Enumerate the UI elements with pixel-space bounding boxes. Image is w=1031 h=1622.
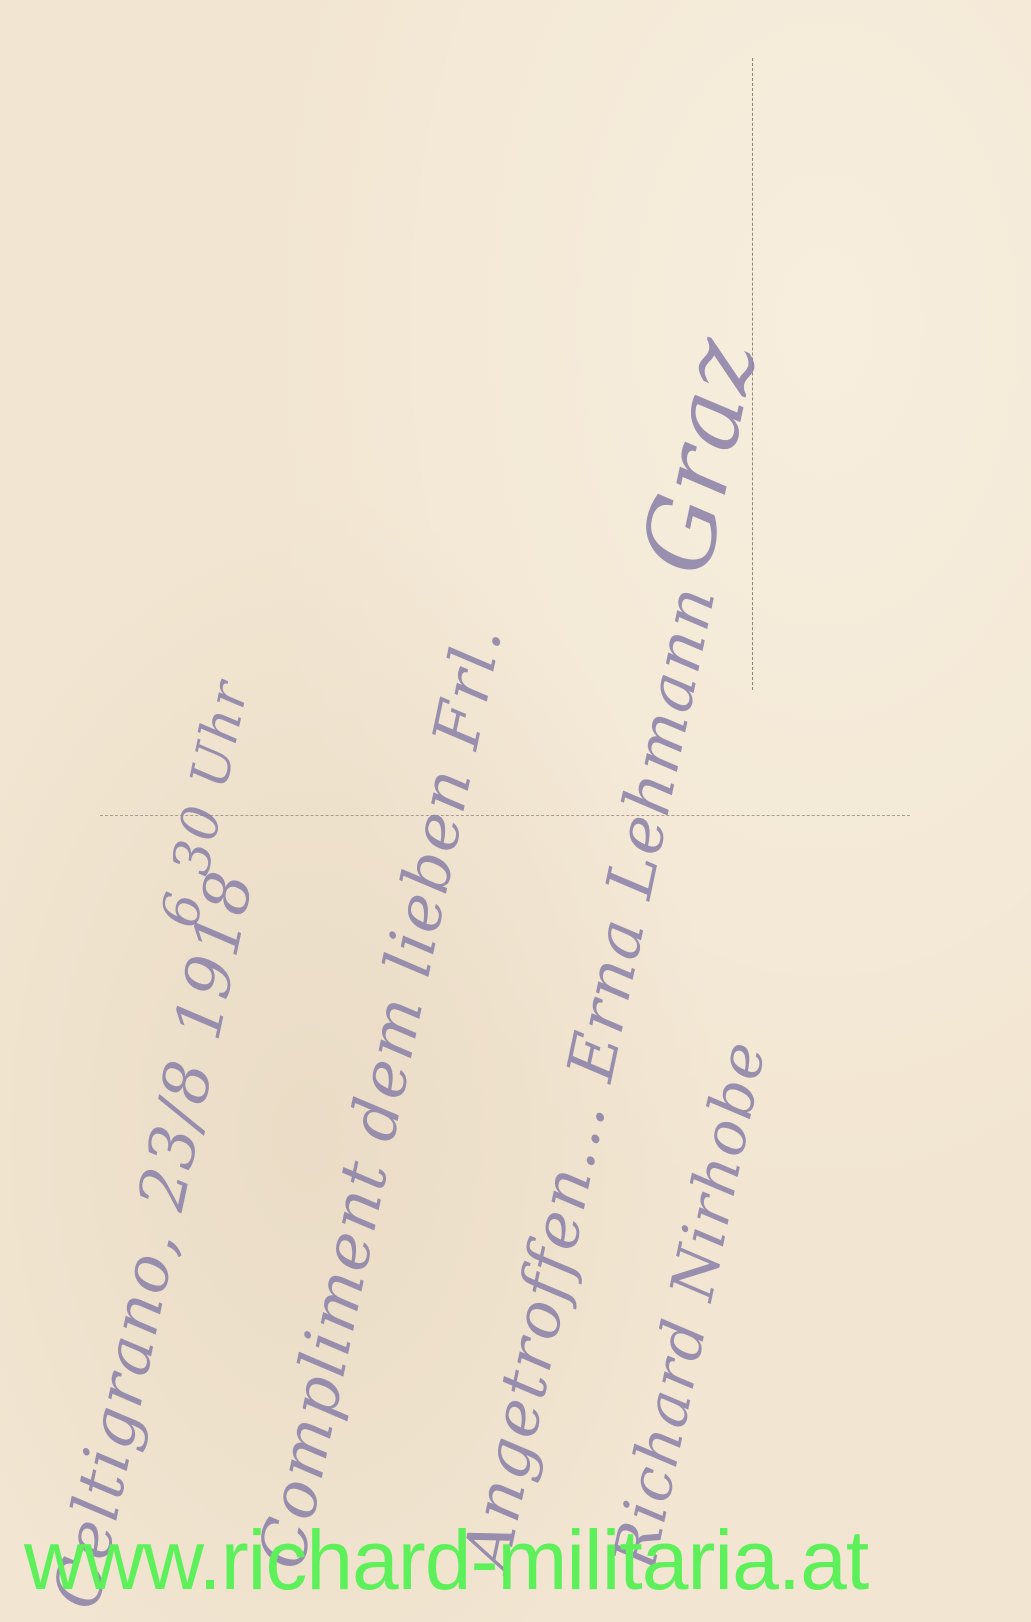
handwritten-place-date: Celtigrano, 23/8 1918 <box>40 864 269 1616</box>
website-watermark: www.richard-militaria.at <box>24 1515 868 1605</box>
handwritten-address-city: Graz <box>620 327 779 583</box>
postcard-back: Celtigrano, 23/8 1918 6 30 Uhr Complimen… <box>0 0 1031 1622</box>
handwritten-signature: Richard Nirhobe <box>600 1034 780 1574</box>
